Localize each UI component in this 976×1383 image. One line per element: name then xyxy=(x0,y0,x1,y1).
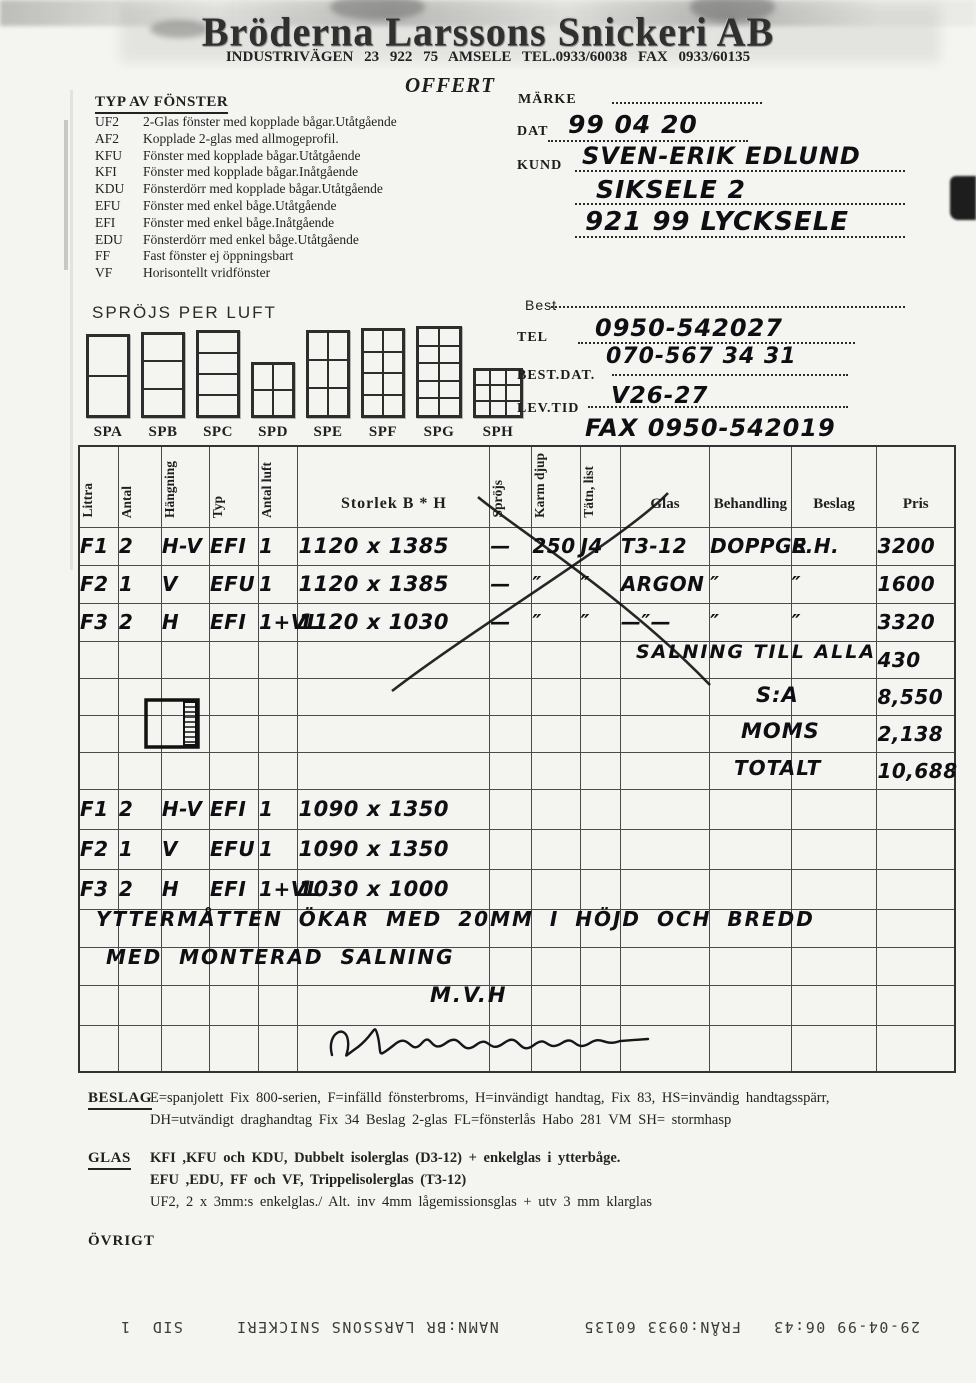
cell-sprojs: — xyxy=(490,603,532,641)
best-field-line xyxy=(551,294,905,308)
cell-moms-value: 2,138 xyxy=(877,715,955,752)
levtid-field-line xyxy=(588,392,848,408)
header-beslag: Beslag xyxy=(792,496,877,527)
cell-antal-luft: 1+VL xyxy=(259,869,298,909)
window-type-desc: 2-Glas fönster med kopplade bågar.Utåtgå… xyxy=(143,114,397,131)
scan-crease xyxy=(70,90,73,570)
sprojs-label: SPG xyxy=(424,424,455,441)
cell-beslag: E.H. xyxy=(791,527,877,565)
header-tatn-list: Tätn, list xyxy=(581,460,600,522)
sprojs-heading: SPRÖJS PER LUFT xyxy=(92,303,277,323)
cell-antal-luft: 1 xyxy=(259,565,298,603)
window-type-row: KDUFönsterdörr med kopplade bågar.Utåtgå… xyxy=(95,181,525,198)
cell-typ: EFI xyxy=(210,603,259,641)
window-type-desc: Fönster med enkel båge.Utåtgående xyxy=(143,198,336,215)
sprojs-label: SPF xyxy=(369,424,397,441)
kund-city-value: 921 99 LYCKSELE xyxy=(585,207,849,237)
cell-tatn: ″ xyxy=(580,603,620,641)
glas-text-line-2: EFU ,EDU, FF och VF, Trippelisolerglas (… xyxy=(150,1172,466,1189)
window-grid-icon xyxy=(86,334,130,418)
table-row: 10,688 xyxy=(79,752,955,789)
cell-storlek: 1120 x 1385 xyxy=(298,527,490,565)
cell-littra: F1 xyxy=(79,527,118,565)
window-type-desc: Kopplade 2-glas med allmogeprofil. xyxy=(143,131,339,148)
table-row: F1 2 H-V EFI 1 1090 x 1350 xyxy=(79,789,955,829)
window-type-row: UF22-Glas fönster med kopplade bågar.Utå… xyxy=(95,114,525,131)
cell-pris: 3320 xyxy=(877,603,955,641)
tel-label: TEL xyxy=(517,330,548,346)
header-antal: Antal xyxy=(119,480,138,522)
cell-sprojs: — xyxy=(490,565,532,603)
sprojs-item: SPB xyxy=(141,332,185,441)
offer-table-wrap: Littra Antal Hängning Typ Antal luft Sto… xyxy=(78,445,956,1070)
header-karm-djup: Karm djup xyxy=(532,447,551,522)
bestdat-field-line xyxy=(612,360,848,376)
cell-typ: EFI xyxy=(210,789,259,829)
table-row: F3 2 H EFI 1+VL 1030 x 1000 xyxy=(79,869,955,909)
cell-hangning: H xyxy=(161,603,209,641)
cell-storlek: 1090 x 1350 xyxy=(298,829,490,869)
beslag-text-line-1: E=spanjolett Fix 800-serien, F=infälld f… xyxy=(150,1090,830,1107)
dat-label: DAT xyxy=(517,124,549,140)
cell-antal: 1 xyxy=(118,565,161,603)
ovrigt-heading: ÖVRIGT xyxy=(88,1233,155,1250)
header-pris: Pris xyxy=(877,496,954,527)
cell-littra: F3 xyxy=(79,869,118,909)
table-row xyxy=(79,1025,955,1072)
table-row: 430 xyxy=(79,641,955,678)
window-type-code: VF xyxy=(95,265,143,282)
window-type-row: EDUFönsterdörr med enkel båge.Utåtgående xyxy=(95,232,525,249)
sprojs-item: SPD xyxy=(251,362,295,441)
window-type-desc: Fönsterdörr med kopplade bågar.Utåtgåend… xyxy=(143,181,383,198)
cell-antal: 2 xyxy=(118,603,161,641)
header-hangning: Hängning xyxy=(162,455,181,522)
cell-littra: F1 xyxy=(79,789,118,829)
cell-behandling: DOPPGR xyxy=(710,527,791,565)
window-type-desc: Fönster med kopplade bågar.Inåtgående xyxy=(143,164,358,181)
levtid-label: LEV.TID xyxy=(517,401,579,417)
header-glas: Glas xyxy=(621,496,709,527)
cell-antal: 2 xyxy=(118,789,161,829)
cell-glas: T3-12 xyxy=(620,527,709,565)
scan-blob xyxy=(950,176,976,220)
window-type-code: AF2 xyxy=(95,131,143,148)
sprojs-icons-row: SPA SPB SPC SPD SPE SPF SPG SPH xyxy=(86,326,523,441)
table-header-row: Littra Antal Hängning Typ Antal luft Sto… xyxy=(79,446,955,527)
window-type-code: FF xyxy=(95,248,143,265)
window-type-code: KFI xyxy=(95,164,143,181)
cell-hangning: V xyxy=(161,565,209,603)
cell-beslag: ″ xyxy=(791,603,877,641)
window-type-row: EFUFönster med enkel båge.Utåtgående xyxy=(95,198,525,215)
cell-pris: 1600 xyxy=(877,565,955,603)
window-type-row: KFIFönster med kopplade bågar.Inåtgående xyxy=(95,164,525,181)
cell-littra: F3 xyxy=(79,603,118,641)
cell-glas: —″— xyxy=(620,603,709,641)
kund-street-value: SIKSELE 2 xyxy=(596,175,746,204)
cell-typ: EFI xyxy=(210,527,259,565)
table-row: F1 2 H-V EFI 1 1120 x 1385 — 250 J4 T3-1… xyxy=(79,527,955,565)
table-row xyxy=(79,909,955,947)
table-row xyxy=(79,985,955,1025)
tel-field-line xyxy=(578,326,855,344)
kund-name-value: SVEN-ERIK EDLUND xyxy=(582,142,861,170)
cell-littra: F2 xyxy=(79,829,118,869)
cell-hangning: V xyxy=(161,829,209,869)
glas-text-line-1: KFI ,KFU och KDU, Dubbelt isolerglas (D3… xyxy=(150,1150,620,1167)
cell-antal-luft: 1 xyxy=(259,829,298,869)
cell-sa-value: 8,550 xyxy=(877,678,955,715)
cell-antal: 2 xyxy=(118,869,161,909)
window-type-code: UF2 xyxy=(95,114,143,131)
window-grid-icon xyxy=(416,326,462,418)
cell-salning-pris: 430 xyxy=(877,641,955,678)
window-type-desc: Fast fönster ej öppningsbart xyxy=(143,248,293,265)
window-type-code: EFI xyxy=(95,215,143,232)
sprojs-item: SPE xyxy=(306,330,350,441)
cell-karm-djup: ″ xyxy=(532,565,580,603)
window-grid-icon xyxy=(141,332,185,418)
window-types-heading: TYP AV FÖNSTER xyxy=(95,94,228,114)
sprojs-item: SPA xyxy=(86,334,130,441)
cell-total-value: 10,688 xyxy=(877,752,955,789)
cell-antal-luft: 1+VL xyxy=(259,603,298,641)
cell-storlek: 1090 x 1350 xyxy=(298,789,490,829)
sprojs-item: SPG xyxy=(416,326,462,441)
scanned-offer-document: Bröderna Larssons Snickeri AB INDUSTRIVÄ… xyxy=(0,0,976,1383)
sprojs-label: SPB xyxy=(148,424,177,441)
table-row: 8,550 xyxy=(79,678,955,715)
header-sprojs: Spröjs xyxy=(490,474,509,522)
cell-antal: 2 xyxy=(118,527,161,565)
window-grid-icon xyxy=(361,328,405,418)
glas-text-line-3: UF2, 2 x 3mm:s enkelglas./ Alt. inv 4mm … xyxy=(150,1194,652,1211)
marke-field-line xyxy=(612,86,762,104)
header-littra: Littra xyxy=(80,477,99,522)
cell-typ: EFU xyxy=(210,565,259,603)
cell-pris: 3200 xyxy=(877,527,955,565)
window-type-desc: Fönster med enkel båge.Inåtgående xyxy=(143,215,334,232)
window-type-row: EFIFönster med enkel båge.Inåtgående xyxy=(95,215,525,232)
header-storlek: Storlek B * H xyxy=(298,495,489,527)
scan-crease xyxy=(64,120,68,270)
cell-antal: 1 xyxy=(118,829,161,869)
sprojs-label: SPC xyxy=(203,424,233,441)
sprojs-item: SPF xyxy=(361,328,405,441)
window-grid-icon xyxy=(196,330,240,418)
table-row xyxy=(79,947,955,985)
cell-glas: ARGON xyxy=(620,565,709,603)
cell-antal-luft: 1 xyxy=(259,789,298,829)
offer-table: Littra Antal Hängning Typ Antal luft Sto… xyxy=(78,445,956,1073)
window-types-list: UF22-Glas fönster med kopplade bågar.Utå… xyxy=(95,114,525,282)
bestdat-label: BEST.DAT. xyxy=(517,368,595,384)
header-typ: Typ xyxy=(210,490,229,522)
window-grid-icon xyxy=(251,362,295,418)
header-antal-luft: Antal luft xyxy=(259,456,278,522)
window-type-desc: Fönster med kopplade bågar.Utåtgående xyxy=(143,148,360,165)
fax-number-value: FAX 0950-542019 xyxy=(585,414,836,442)
cell-storlek: 1030 x 1000 xyxy=(298,869,490,909)
cell-antal-luft: 1 xyxy=(259,527,298,565)
cell-littra: F2 xyxy=(79,565,118,603)
sprojs-item: SPH xyxy=(473,368,523,441)
cell-sprojs: — xyxy=(490,527,532,565)
cell-behandling: ″ xyxy=(710,565,791,603)
window-grid-icon xyxy=(473,368,523,418)
fax-header-line: 29-04-99 06:43 FRÅN:0933 60135 NAMN:BR L… xyxy=(60,1318,920,1336)
table-row: 2,138 xyxy=(79,715,955,752)
sprojs-label: SPA xyxy=(94,424,123,441)
window-type-code: KDU xyxy=(95,181,143,198)
cell-hangning: H-V xyxy=(161,527,209,565)
table-row: F3 2 H EFI 1+VL 1120 x 1030 — ″ ″ —″— ″ … xyxy=(79,603,955,641)
address-line: INDUSTRIVÄGEN 23 922 75 AMSELE TEL.0933/… xyxy=(0,49,976,66)
window-type-row: VFHorisontellt vridfönster xyxy=(95,265,525,282)
header-behandling: Behandling xyxy=(710,496,790,527)
beslag-section-label: BESLAG xyxy=(88,1090,152,1110)
table-row: F2 1 V EFU 1 1120 x 1385 — ″ ″ ARGON ″ ″… xyxy=(79,565,955,603)
marke-label: MÄRKE xyxy=(518,92,577,108)
cell-typ: EFU xyxy=(210,829,259,869)
cell-tatn: ″ xyxy=(580,565,620,603)
window-grid-icon xyxy=(306,330,350,418)
sprojs-label: SPH xyxy=(483,424,514,441)
table-row: F2 1 V EFU 1 1090 x 1350 xyxy=(79,829,955,869)
kund-label: KUND xyxy=(517,158,562,174)
sprojs-item: SPC xyxy=(196,330,240,441)
cell-typ: EFI xyxy=(210,869,259,909)
glas-section-label: GLAS xyxy=(88,1150,131,1170)
cell-storlek: 1120 x 1030 xyxy=(298,603,490,641)
window-type-row: FFFast fönster ej öppningsbart xyxy=(95,248,525,265)
window-type-code: EDU xyxy=(95,232,143,249)
cell-hangning: H-V xyxy=(161,789,209,829)
cell-beslag: ″ xyxy=(791,565,877,603)
cell-karm-djup: ″ xyxy=(532,603,580,641)
cell-tatn: J4 xyxy=(580,527,620,565)
beslag-text-line-2: DH=utvändigt draghandtag Fix 34 Beslag 2… xyxy=(150,1112,731,1129)
cell-hangning: H xyxy=(161,869,209,909)
cell-behandling: ″ xyxy=(710,603,791,641)
window-type-row: AF2Kopplade 2-glas med allmogeprofil. xyxy=(95,131,525,148)
dat-value: 99 04 20 xyxy=(568,110,698,139)
cell-karm-djup: 250 xyxy=(532,527,580,565)
window-type-desc: Fönsterdörr med enkel båge.Utåtgående xyxy=(143,232,359,249)
window-type-code: EFU xyxy=(95,198,143,215)
window-type-row: KFUFönster med kopplade bågar.Utåtgående xyxy=(95,148,525,165)
sprojs-label: SPD xyxy=(258,424,288,441)
sprojs-label: SPE xyxy=(313,424,342,441)
window-type-desc: Horisontellt vridfönster xyxy=(143,265,270,282)
cell-storlek: 1120 x 1385 xyxy=(298,565,490,603)
window-type-code: KFU xyxy=(95,148,143,165)
